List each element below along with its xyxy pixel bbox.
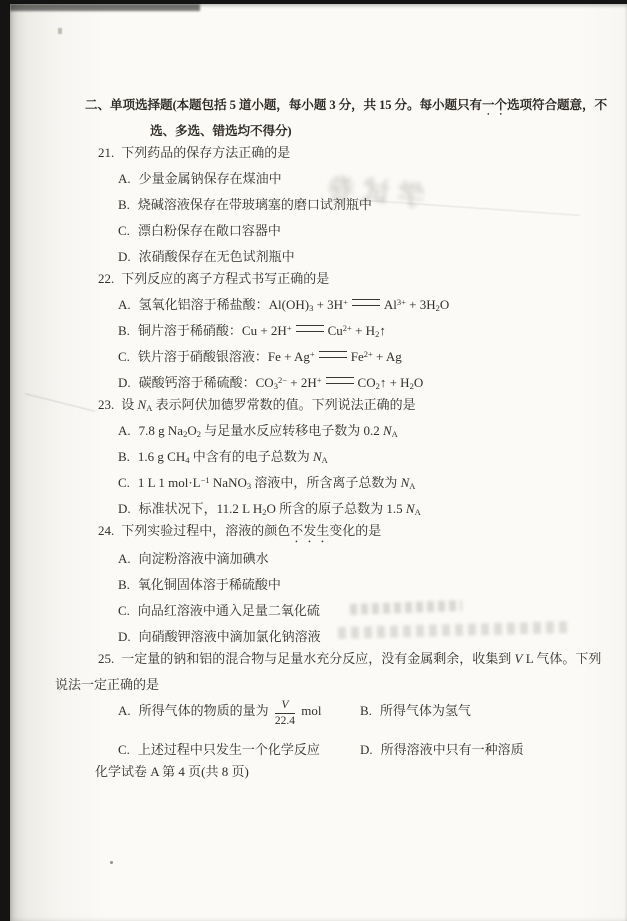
question-25-stem-line2: 说法一定正确的是 [55,672,615,698]
section-header: 二、单项选择题(本题包括 5 道小题，每小题 3 分，共 15 分。每小题只有一… [55,92,615,144]
option-text: 1 L 1 mol·L−1 NaNO3 溶液中，所含离子总数为 NA [138,475,416,490]
option-text: 向品红溶液中通入足量二氧化硫 [138,603,320,618]
double-line-equals [296,325,324,332]
option-text: 漂白粉保存在敞口容器中 [138,223,281,238]
paper-sheet: 学试卷 二、单项选择题(本题包括 5 道小题，每小题 3 分，共 15 分。每小… [10,4,627,921]
option-label: D. [118,375,131,390]
question-number: 23. [98,397,114,412]
option-label: A. [118,171,131,186]
section-header-line1: 二、单项选择题(本题包括 5 道小题，每小题 3 分，共 15 分。每小题只有一… [55,92,615,118]
option-text: 少量金属钠保存在煤油中 [139,171,282,186]
scanned-exam-page: 学试卷 二、单项选择题(本题包括 5 道小题，每小题 3 分，共 15 分。每小… [0,0,627,921]
option-label: B. [360,703,372,718]
question-22: 22.下列反应的离子方程式书写正确的是 A.氢氧化铝溶于稀盐酸：Al(OH)3 … [55,266,615,396]
scan-speck [58,28,62,34]
question-21-stem: 21.下列药品的保存方法正确的是 [55,140,615,166]
option-text: 烧碱溶液保存在带玻璃塞的磨口试剂瓶中 [138,197,372,212]
question-number: 24. [98,523,114,538]
option-text: 所得气体的物质的量为 V22.4 mol [139,703,322,718]
option-text: 氧化铜固体溶于稀硫酸中 [138,577,281,592]
option-23-c: C.1 L 1 mol·L−1 NaNO3 溶液中，所含离子总数为 NA [55,470,615,496]
option-row: A.所得气体的物质的量为 V22.4 mol B.所得气体为氢气 [55,698,615,728]
question-25-stem-line1: 25.一定量的钠和铝的混合物与足量水充分反应，没有金属剩余，收集到 V L 气体… [55,646,615,672]
option-text: 所得溶液中只有一种溶质 [381,742,524,757]
option-24-c: C.向品红溶液中通入足量二氧化硫 [55,598,615,624]
option-25-d: D.所得溶液中只有一种溶质 [360,737,524,763]
option-text: 1.6 g CH4 中含有的电子总数为 NA [138,449,328,464]
option-label: D. [360,742,373,757]
question-24-stem: 24.下列实验过程中，溶液的颜色不发生变化的是 [55,518,615,546]
option-21-c: C.漂白粉保存在敞口容器中 [55,218,615,244]
scan-speck [110,861,113,864]
option-text: 铁片溶于硝酸银溶液：Fe + Ag+Fe2+ + Ag [138,349,402,364]
question-22-stem: 22.下列反应的离子方程式书写正确的是 [55,266,615,292]
option-text: 上述过程中只发生一个化学反应 [138,742,320,757]
option-text: 7.8 g Na2O2 与足量水反应转移电子数为 0.2 NA [139,423,398,438]
double-line-equals [326,377,354,384]
option-22-b: B.铜片溶于稀硝酸：Cu + 2H+Cu2+ + H2↑ [55,318,615,344]
option-label: D. [118,501,131,516]
question-stem-text: 下列实验过程中，溶液的颜色不发生变化的是 [121,523,381,538]
scan-edge-shadow [10,4,200,11]
question-number: 25. [98,651,114,666]
option-label: A. [118,297,131,312]
double-line-equals [319,351,347,358]
fraction: V22.4 [275,699,295,727]
option-label: D. [118,629,131,644]
option-label: C. [118,742,130,757]
option-label: D. [118,249,131,264]
option-text: 所得气体为氢气 [380,703,471,718]
question-25: 25.一定量的钠和铝的混合物与足量水充分反应，没有金属剩余，收集到 V L 气体… [55,646,615,763]
option-label: B. [118,197,130,212]
option-text: 标准状况下，11.2 L H2O 所含的原子总数为 1.5 NA [139,501,421,516]
question-stem-text: 下列药品的保存方法正确的是 [121,145,290,160]
question-stem-text: 一定量的钠和铝的混合物与足量水充分反应，没有金属剩余，收集到 V L 气体。下列 [121,651,601,666]
option-label: C. [118,603,130,618]
option-25-b: B.所得气体为氢气 [360,698,471,728]
page-content: 二、单项选择题(本题包括 5 道小题，每小题 3 分，共 15 分。每小题只有一… [55,92,615,785]
option-24-b: B.氧化铜固体溶于稀硫酸中 [55,572,615,598]
option-23-b: B.1.6 g CH4 中含有的电子总数为 NA [55,444,615,470]
option-23-a: A.7.8 g Na2O2 与足量水反应转移电子数为 0.2 NA [55,418,615,444]
option-label: C. [118,349,130,364]
option-text: 氢氧化铝溶于稀盐酸：Al(OH)3 + 3H+Al3+ + 3H2O [139,297,450,312]
option-21-b: B.烧碱溶液保存在带玻璃塞的磨口试剂瓶中 [55,192,615,218]
option-label: B. [118,577,130,592]
question-number: 21. [98,145,114,160]
question-23-stem: 23.设 NA 表示阿伏加德罗常数的值。下列说法正确的是 [55,392,615,418]
question-stem-text: 下列反应的离子方程式书写正确的是 [121,271,329,286]
double-line-equals [352,299,380,306]
question-24: 24.下列实验过程中，溶液的颜色不发生变化的是 A.向淀粉溶液中滴加碘水 B.氧… [55,518,615,650]
option-label: C. [118,475,130,490]
option-21-a: A.少量金属钠保存在煤油中 [55,166,615,192]
option-text: 碳酸钙溶于稀硫酸：CO32− + 2H+CO2↑ + H2O [139,375,424,390]
option-22-c: C.铁片溶于硝酸银溶液：Fe + Ag+Fe2+ + Ag [55,344,615,370]
option-text: 浓硝酸保存在无色试剂瓶中 [139,249,295,264]
option-24-a: A.向淀粉溶液中滴加碘水 [55,546,615,572]
option-22-a: A.氢氧化铝溶于稀盐酸：Al(OH)3 + 3H+Al3+ + 3H2O [55,292,615,318]
option-label: C. [118,223,130,238]
option-25-a: A.所得气体的物质的量为 V22.4 mol [118,698,360,728]
option-label: B. [118,449,130,464]
question-number: 22. [98,271,114,286]
option-text: 向淀粉溶液中滴加碘水 [139,551,269,566]
question-23: 23.设 NA 表示阿伏加德罗常数的值。下列说法正确的是 A.7.8 g Na2… [55,392,615,522]
option-label: B. [118,323,130,338]
option-label: A. [118,551,131,566]
option-label: A. [118,703,131,718]
question-stem-text: 设 NA 表示阿伏加德罗常数的值。下列说法正确的是 [121,397,415,412]
option-text: 向硝酸钾溶液中滴加氯化钠溶液 [139,629,321,644]
option-label: A. [118,423,131,438]
option-text: 铜片溶于稀硝酸：Cu + 2H+Cu2+ + H2↑ [138,323,386,338]
question-21: 21.下列药品的保存方法正确的是 A.少量金属钠保存在煤油中 B.烧碱溶液保存在… [55,140,615,270]
